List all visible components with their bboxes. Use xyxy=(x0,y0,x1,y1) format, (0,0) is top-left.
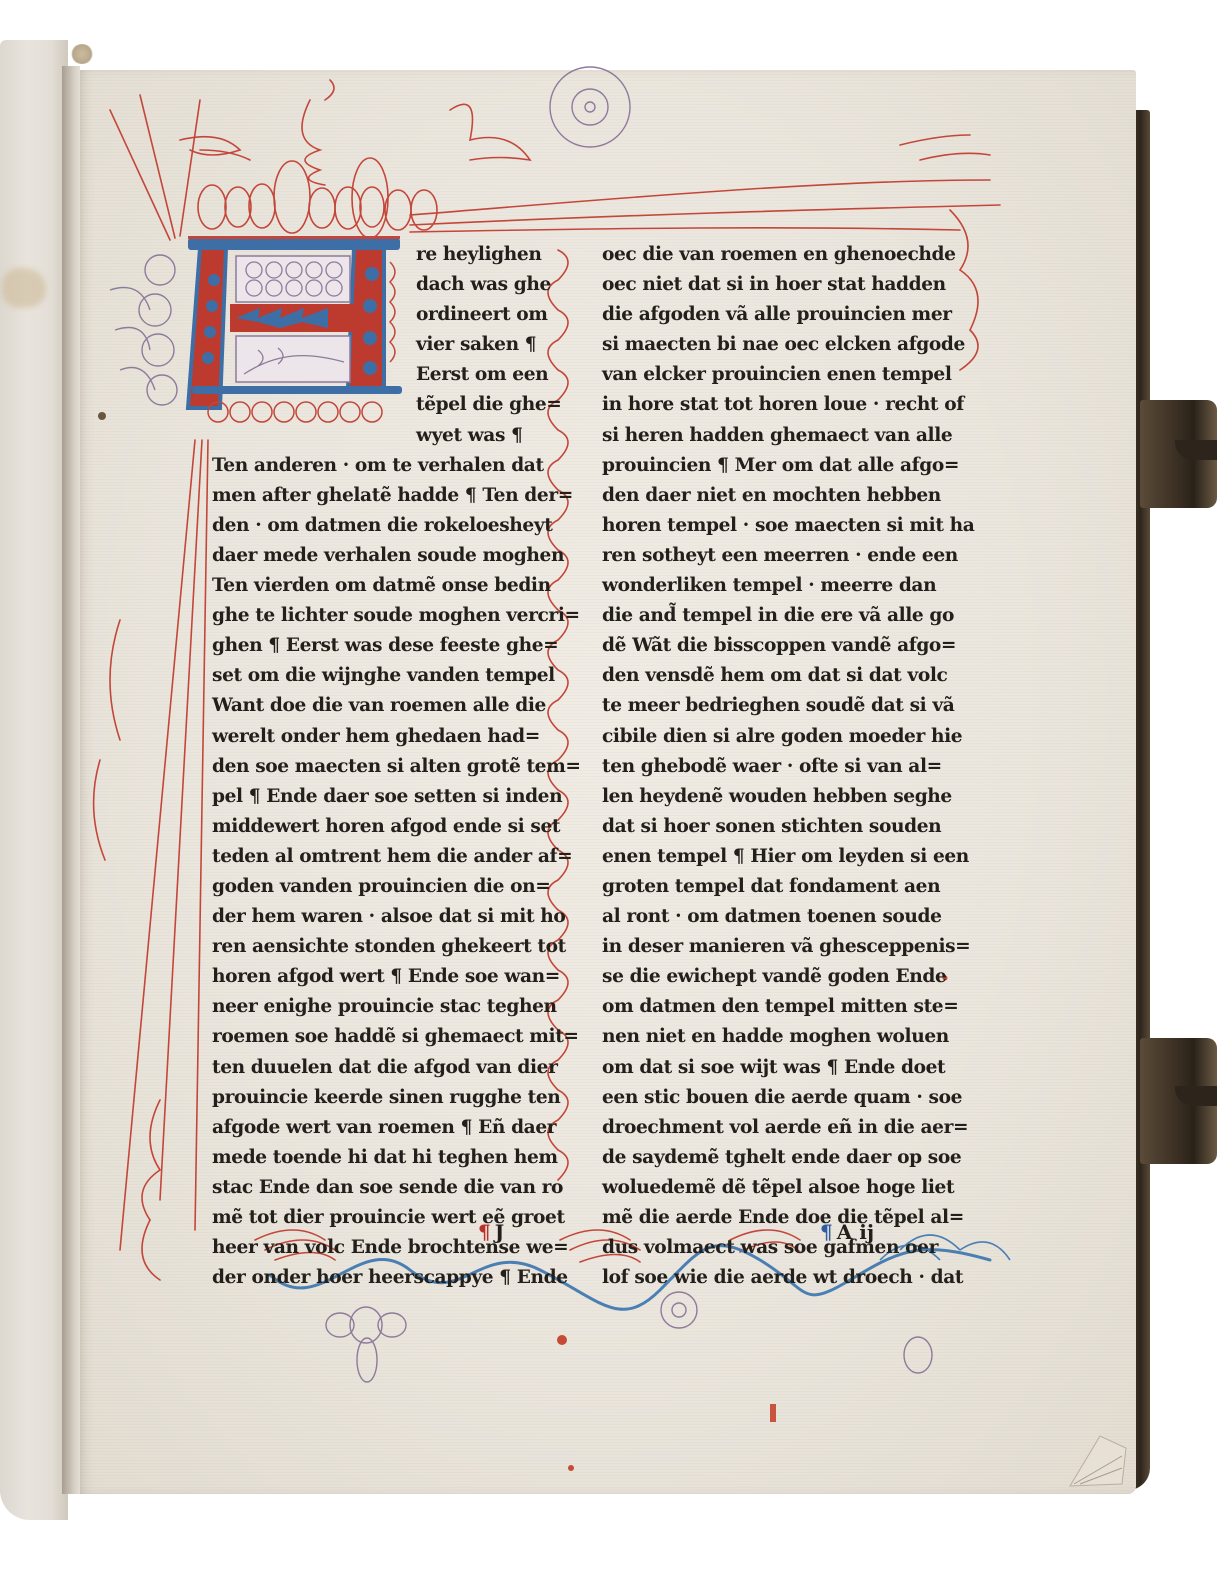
text-line: wyet was ¶ xyxy=(212,421,550,451)
text-line: dus volmaect was soe gafmen oer xyxy=(602,1233,938,1263)
text-line: si maecten bi nae oec elcken afgode xyxy=(602,330,938,360)
text-line: dach was ghe xyxy=(212,270,550,300)
text-line: dat si hoer sonen stichten souden xyxy=(602,812,938,842)
text-line: daer mede verhalen soude moghen xyxy=(212,541,550,571)
signature-text: J xyxy=(495,1220,504,1244)
clasp-bottom xyxy=(1140,1038,1217,1164)
text-line: nen niet en hadde moghen woluen xyxy=(602,1022,938,1052)
text-line: droechment vol aerde eñ in die aer= xyxy=(602,1113,938,1143)
signature-text: A ij xyxy=(837,1220,874,1244)
text-line: middewert horen afgod ende si set xyxy=(212,812,550,842)
clasp-hook xyxy=(1175,1086,1217,1106)
text-line: prouincie keerde sinen rugghe ten xyxy=(212,1083,550,1113)
text-line: Ten vierden om datmẽ onse bedin xyxy=(212,571,550,601)
text-line: horen afgod wert ¶ Ende soe wan= xyxy=(212,962,550,992)
text-line: oec die van roemen en ghenoechde xyxy=(602,240,938,270)
paragraph-mark: ¶ xyxy=(478,1220,491,1244)
text-line: in hore stat tot horen loue · recht of xyxy=(602,390,938,420)
text-line: enen tempel ¶ Hier om leyden si een xyxy=(602,842,938,872)
text-line: prouincien ¶ Mer om dat alle afgo= xyxy=(602,451,938,481)
text-line: vier saken ¶ xyxy=(212,330,550,360)
text-line: den vensdẽ hem om dat si dat volc xyxy=(602,661,938,691)
text-line: om dat si soe wijt was ¶ Ende doet xyxy=(602,1053,938,1083)
text-line: mẽ die aerde Ende doe die tẽpel al= xyxy=(602,1203,938,1233)
binding-thread xyxy=(70,44,94,64)
text-line: horen tempel · soe maecten si mit ha xyxy=(602,511,938,541)
text-line: wonderliken tempel · meerre dan xyxy=(602,571,938,601)
text-line: re heylighen xyxy=(212,240,550,270)
text-line: die afgoden vã alle prouincien mer xyxy=(602,300,938,330)
clasp-hook xyxy=(1175,440,1217,460)
text-line: ghen ¶ Eerst was dese feeste ghe= xyxy=(212,631,550,661)
text-line: om datmen den tempel mitten ste= xyxy=(602,992,938,1022)
text-line: afgode wert van roemen ¶ Eñ daer xyxy=(212,1113,550,1143)
text-line: roemen soe haddẽ si ghemaect mit= xyxy=(212,1022,550,1052)
text-line: goden vanden prouincien die on= xyxy=(212,872,550,902)
text-line: werelt onder hem ghedaen had= xyxy=(212,722,550,752)
text-line: tẽpel die ghe= xyxy=(212,390,550,420)
signature-mark-left: ¶J xyxy=(478,1220,504,1244)
paragraph-mark: ¶ xyxy=(820,1220,833,1244)
text-line: ten duuelen dat die afgod van dier xyxy=(212,1053,550,1083)
text-line: pel ¶ Ende daer soe setten si inden xyxy=(212,782,550,812)
text-line: de saydemẽ tghelt ende daer op soe xyxy=(602,1143,938,1173)
text-line: se die ewichept vandẽ goden Ende xyxy=(602,962,938,992)
text-line: ordineert om xyxy=(212,300,550,330)
text-column-left: re heylighen dach was ghe ordineert om v… xyxy=(212,240,550,1293)
foxing-stain xyxy=(2,268,46,308)
text-line: den soe maecten si alten grotẽ tem= xyxy=(212,752,550,782)
wormhole xyxy=(98,412,106,420)
text-line: woluedemẽ dẽ tẽpel alsoe hoge liet xyxy=(602,1173,938,1203)
text-line: neer enighe prouincie stac teghen xyxy=(212,992,550,1022)
text-line: ren aensichte stonden ghekeert tot xyxy=(212,932,550,962)
text-line: in deser manieren vã ghesceppenis= xyxy=(602,932,938,962)
text-line: ten ghebodẽ waer · ofte si van al= xyxy=(602,752,938,782)
text-line: der onder hoer heerscappye ¶ Ende xyxy=(212,1263,550,1293)
text-line: den · om datmen die rokeloesheyt xyxy=(212,511,550,541)
text-line: groten tempel dat fondament aen xyxy=(602,872,938,902)
text-line: ghe te lichter soude moghen vercri= xyxy=(212,601,550,631)
text-line: den daer niet en mochten hebben xyxy=(602,481,938,511)
text-line: Want doe die van roemen alle die xyxy=(212,691,550,721)
text-line: te meer bedrieghen soudẽ dat si vã xyxy=(602,691,938,721)
text-line: len heydenẽ wouden hebben seghe xyxy=(602,782,938,812)
text-column-right: oec die van roemen en ghenoechde oec nie… xyxy=(602,240,938,1293)
text-line: ren sotheyt een meerren · ende een xyxy=(602,541,938,571)
text-line: al ront · om datmen toenen soude xyxy=(602,902,938,932)
text-line: een stic bouen die aerde quam · soe xyxy=(602,1083,938,1113)
previous-leaf-edge xyxy=(0,40,68,1520)
text-line: dẽ Wãt die bisscoppen vandẽ afgo= xyxy=(602,631,938,661)
text-line: Ten anderen · om te verhalen dat xyxy=(212,451,550,481)
text-line: die and̃ tempel in die ere vã alle go xyxy=(602,601,938,631)
text-line: der hem waren · alsoe dat si mit ho xyxy=(212,902,550,932)
gutter-shadow xyxy=(62,66,80,1494)
text-line: si heren hadden ghemaect van alle xyxy=(602,421,938,451)
text-line: teden al omtrent hem die ander af= xyxy=(212,842,550,872)
text-line: Eerst om een xyxy=(212,360,550,390)
text-line: lof soe wie die aerde wt droech · dat xyxy=(602,1263,938,1293)
text-line: stac Ende dan soe sende die van ro xyxy=(212,1173,550,1203)
text-line: cibile dien si alre goden moeder hie xyxy=(602,722,938,752)
text-line: oec niet dat si in hoer stat hadden xyxy=(602,270,938,300)
text-line: mede toende hi dat hi teghen hem xyxy=(212,1143,550,1173)
folded-corner xyxy=(1060,1428,1130,1488)
text-line: van elcker prouincien enen tempel xyxy=(602,360,938,390)
signature-mark-right: ¶A ij xyxy=(820,1220,874,1244)
text-line: men after ghelatẽ hadde ¶ Ten der= xyxy=(212,481,550,511)
clasp-top xyxy=(1140,400,1217,508)
text-line: set om die wijnghe vanden tempel xyxy=(212,661,550,691)
